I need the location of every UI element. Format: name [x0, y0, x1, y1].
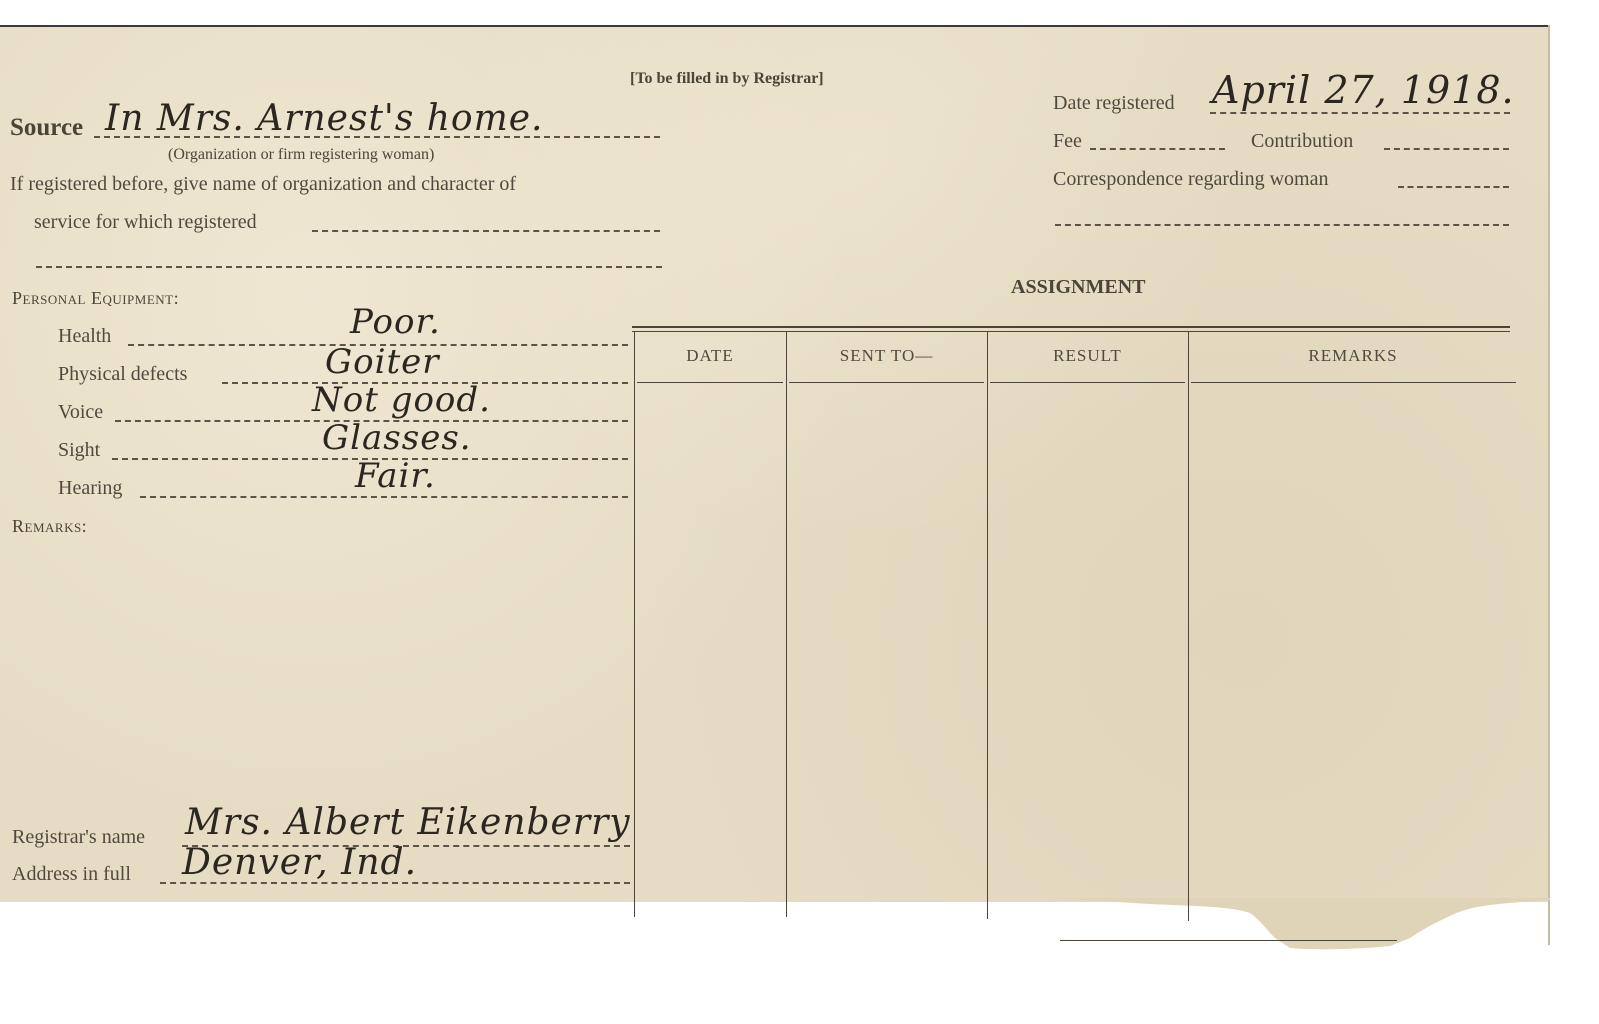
date-registered-value: April 27, 1918.	[1212, 68, 1515, 112]
column-divider-3	[1188, 331, 1189, 921]
header-underline-remarks	[1191, 382, 1516, 383]
column-divider-1	[786, 331, 787, 917]
health-value: Poor.	[350, 302, 441, 342]
table-top-rule	[632, 326, 1510, 328]
correspondence-field-line[interactable]	[1398, 186, 1509, 188]
source-value: In Mrs. Arnest's home.	[105, 98, 543, 139]
remarks-area[interactable]	[12, 545, 612, 805]
header-underline-date	[637, 382, 783, 383]
personal-equipment-heading: Personal Equipment:	[12, 288, 179, 309]
prior-registration-label-1: If registered before, give name of organ…	[10, 173, 516, 196]
column-header-date: DATE	[636, 346, 784, 366]
registrar-name-label: Registrar's name	[12, 826, 145, 849]
header-underline-sent-to	[789, 382, 984, 383]
address-label: Address in full	[12, 863, 131, 886]
result-column-cells[interactable]	[989, 384, 1186, 916]
column-header-remarks: REMARKS	[1190, 346, 1516, 366]
column-header-result: RESULT	[989, 346, 1186, 366]
sight-value: Glasses.	[322, 418, 472, 458]
fee-field-line[interactable]	[1090, 148, 1225, 150]
date-registered-label: Date registered	[1053, 92, 1175, 115]
physical-defects-value: Goiter	[325, 342, 440, 382]
column-divider-2	[987, 331, 988, 919]
voice-label: Voice	[58, 401, 103, 424]
sight-label: Sight	[58, 439, 100, 462]
prior-registration-field-line-2[interactable]	[36, 266, 662, 268]
date-registered-field-line[interactable]	[1210, 112, 1510, 114]
registrar-note: [To be filled in by Registrar]	[630, 70, 824, 88]
hearing-field-line[interactable]	[140, 496, 628, 498]
prior-registration-field-line[interactable]	[312, 230, 660, 232]
assignment-title: ASSIGNMENT	[1011, 276, 1145, 299]
table-top-rule-inner	[632, 331, 1510, 332]
header-underline-result	[990, 382, 1185, 383]
remarks-column-cells[interactable]	[1190, 384, 1516, 920]
sent-to-column-cells[interactable]	[788, 384, 985, 916]
hearing-value: Fair.	[355, 456, 436, 496]
table-bottom-rule	[1060, 940, 1397, 941]
card-edge	[1548, 25, 1550, 945]
hearing-label: Hearing	[58, 477, 122, 500]
source-sublabel: (Organization or firm registering woman)	[168, 146, 434, 164]
contribution-label: Contribution	[1251, 130, 1353, 153]
voice-value: Not good.	[312, 380, 491, 420]
registrar-name-value: Mrs. Albert Eikenberry	[185, 802, 631, 843]
contribution-field-line[interactable]	[1384, 148, 1509, 150]
date-column-cells[interactable]	[636, 384, 784, 916]
prior-registration-label-2: service for which registered	[34, 211, 257, 234]
fee-label: Fee	[1053, 130, 1082, 153]
health-label: Health	[58, 325, 111, 348]
remarks-heading: Remarks:	[12, 516, 87, 537]
source-label: Source	[10, 114, 83, 142]
column-header-sent-to: SENT TO—	[788, 346, 985, 366]
physical-defects-label: Physical defects	[58, 363, 187, 386]
address-value: Denver, Ind.	[182, 842, 417, 883]
table-left-border	[634, 331, 635, 917]
correspondence-field-line-2[interactable]	[1055, 224, 1509, 226]
correspondence-label: Correspondence regarding woman	[1053, 168, 1328, 191]
